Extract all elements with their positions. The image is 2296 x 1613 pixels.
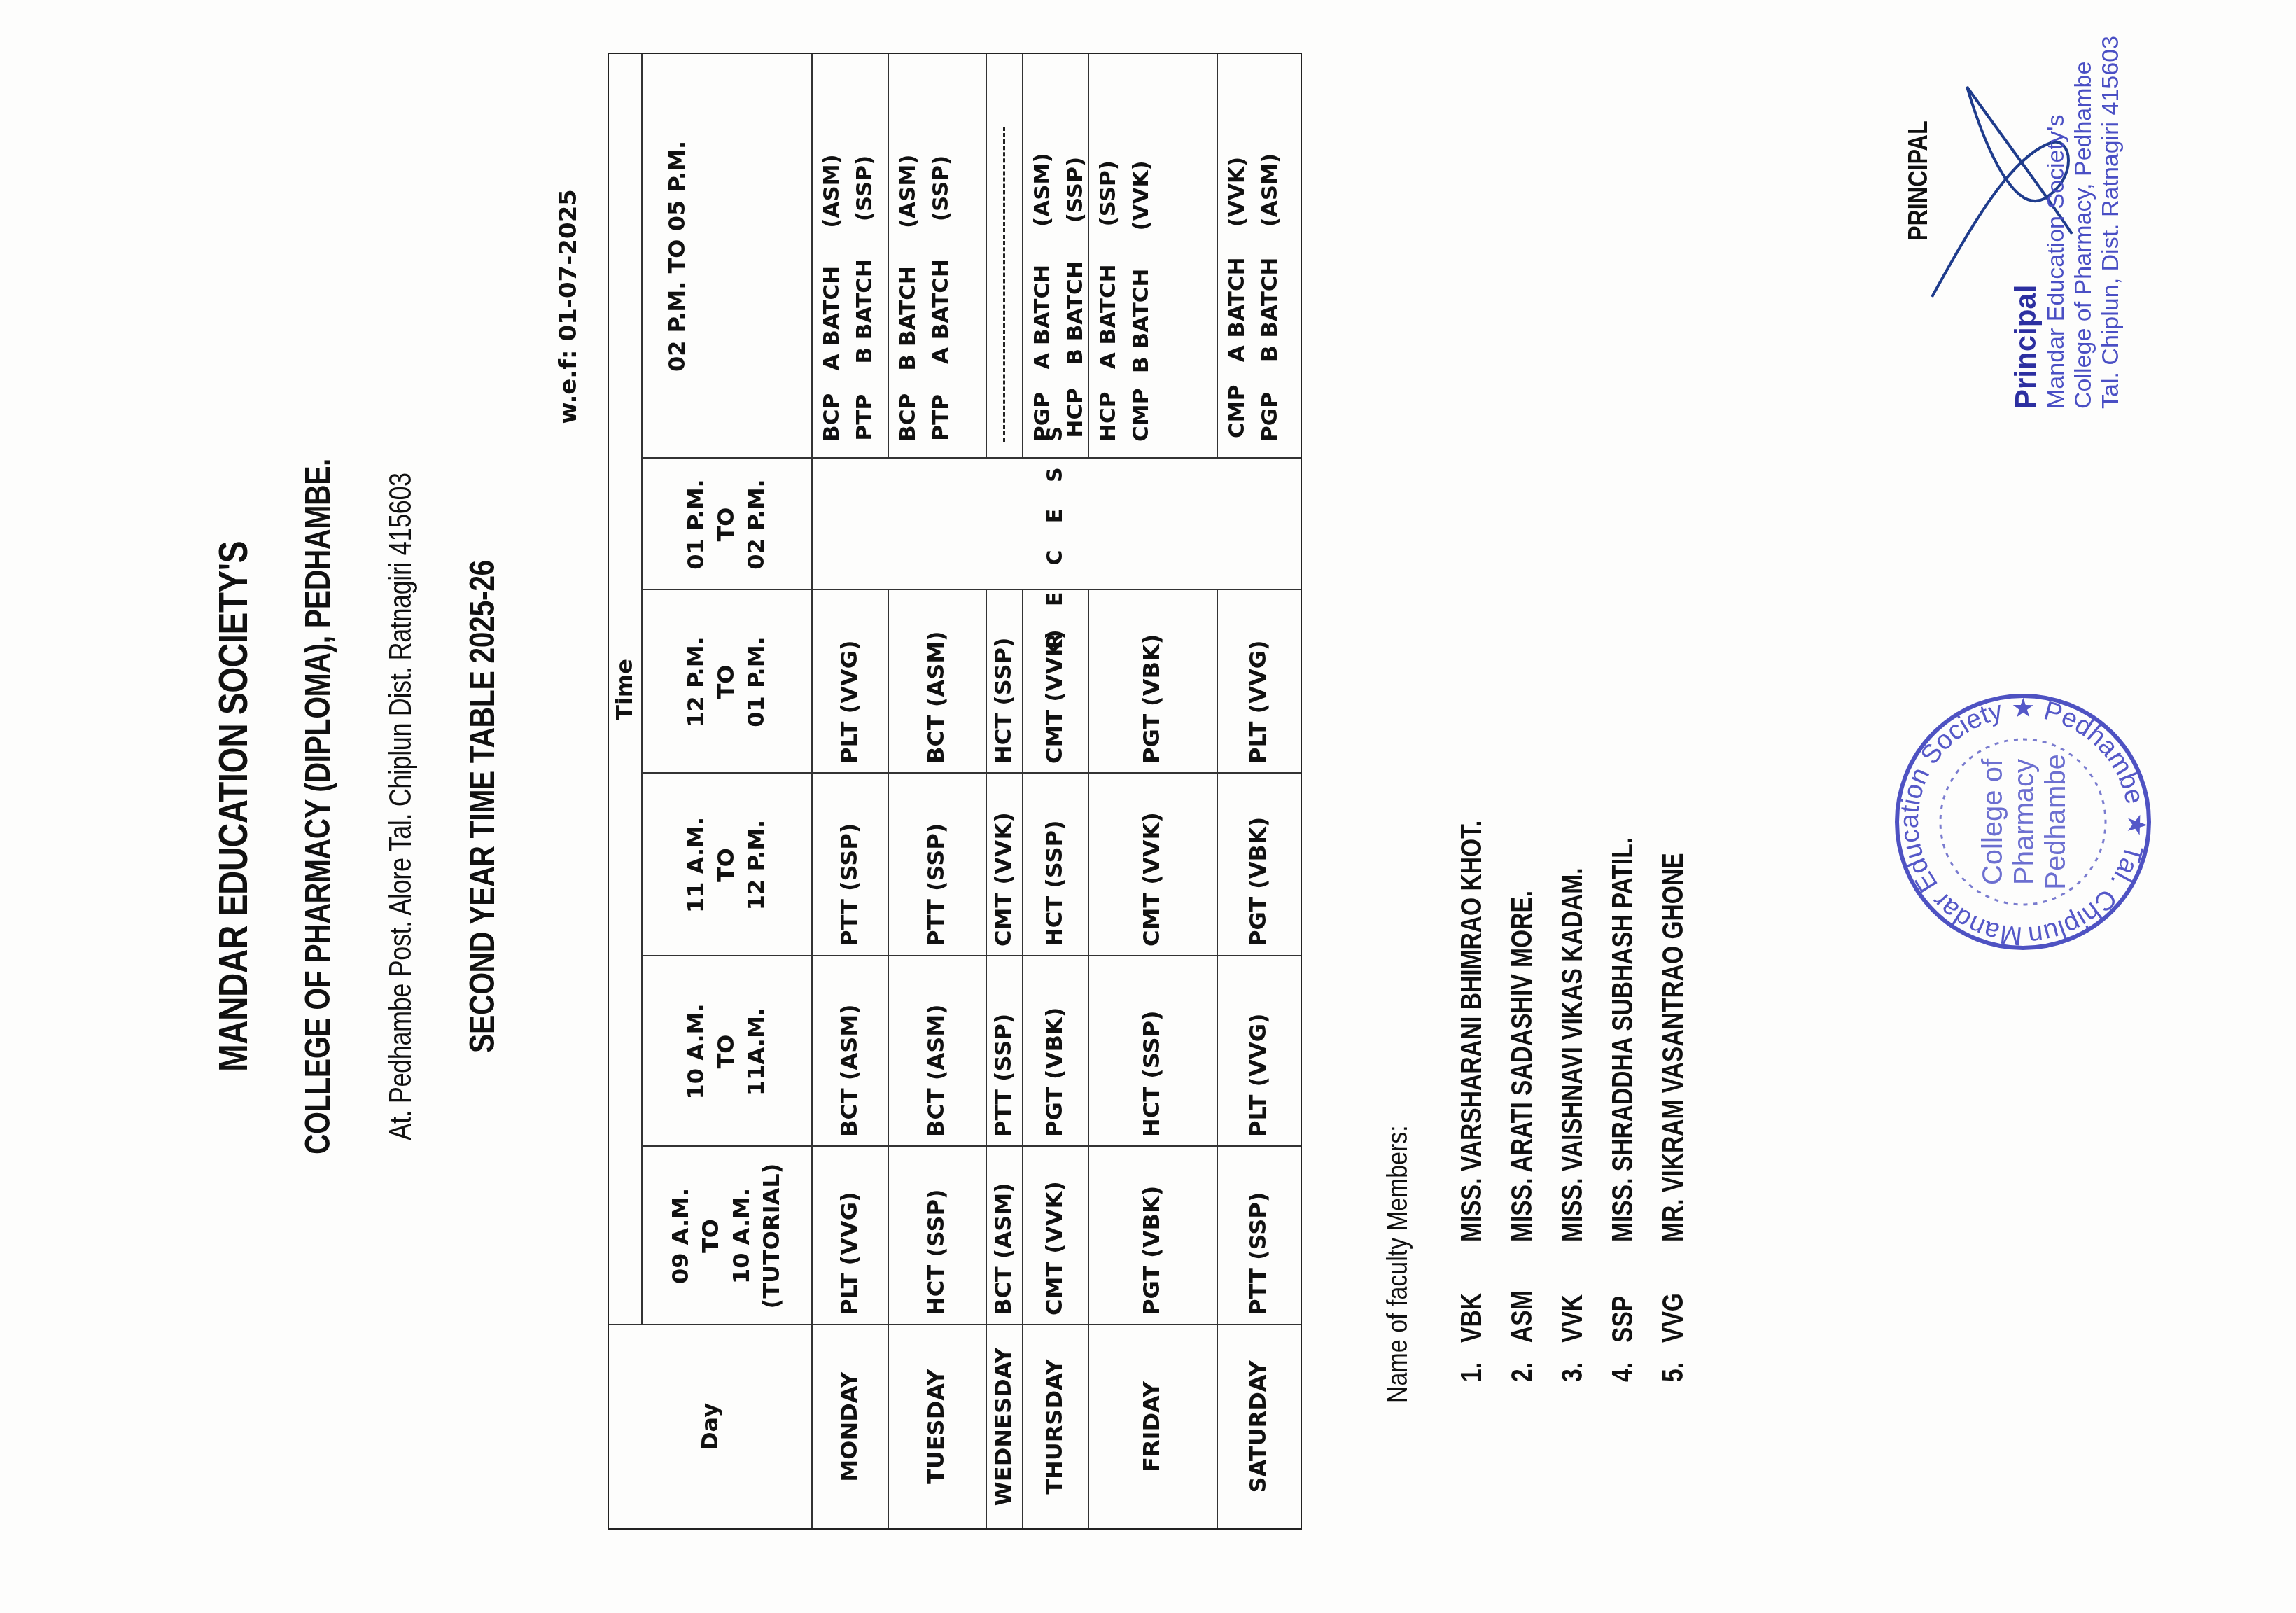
svg-text:College of: College of (1977, 758, 2008, 885)
practical-cell: PGP A BATCH (ASM) HCP B BATCH (SSP) (1022, 54, 1088, 459)
faculty-member: 5.VVGMR. VIKRAM VASANTRAO GHONE (1656, 853, 1690, 1382)
lecture-cell: PLT (VVG) (1217, 590, 1301, 774)
lecture-cell: CMT (VVK) (1022, 590, 1088, 774)
lecture-cell: PLT (VVG) (811, 1147, 888, 1325)
college-seal-icon: Mandar Education Society ★ Pedhambe ★ Ta… (1890, 689, 2156, 955)
faculty-name: MISS. SHRADDHA SUBHASH PATIL. (1606, 837, 1639, 1242)
time-slot-header: 01 P.M. TO 02 P.M. (641, 459, 811, 590)
time-column-header: Time (609, 54, 641, 1325)
time-slot-header: 09 A.M. TO 10 A.M. (TUTORIAL) (641, 1147, 811, 1325)
lecture-cell: CMT (VVK) (986, 774, 1022, 956)
society-name: MANDAR EDUCATION SOCIETY'S (210, 145, 257, 1467)
time-slot-header: 02 P.M. TO 05 P.M. (641, 54, 811, 459)
lecture-cell: BCT (ASM) (888, 956, 986, 1147)
lecture-cell: PTT (SSP) (811, 774, 888, 956)
lecture-cell: HCT (SSP) (986, 590, 1022, 774)
lecture-cell: PGT (VBK) (1088, 590, 1217, 774)
faculty-name: MISS. VAISHNAVI VIKAS KADAM. (1555, 867, 1588, 1242)
faculty-number: 3. (1555, 1343, 1589, 1382)
lecture-cell: PGT (VBK) (1022, 956, 1088, 1147)
lecture-cell: BCT (ASM) (986, 1147, 1022, 1325)
lecture-cell: BCT (ASM) (888, 590, 986, 774)
faculty-number: 4. (1606, 1343, 1639, 1382)
lecture-cell: PGT (VBK) (1217, 774, 1301, 956)
practical-cell: BCP A BATCH (ASM) PTP B BATCH (SSP) (811, 54, 888, 459)
lecture-cell: HCT (SSP) (888, 1147, 986, 1325)
practical-batches: PGP A BATCH (ASM) HCP B BATCH (SSP) (1026, 153, 1091, 442)
faculty-heading: Name of faculty Members: (1382, 1125, 1414, 1403)
time-slot-header: 10 A.M. TO 11A.M. (641, 956, 811, 1147)
lecture-cell: PTT (SSP) (888, 774, 986, 956)
lecture-cell: HCT (SSP) (1088, 956, 1217, 1147)
practical-batches: HCP A BATCH (SSP) CMP B BATCH (VVK) (1092, 160, 1157, 442)
day-cell: FRIDAY (1088, 1325, 1217, 1528)
faculty-number: 5. (1656, 1343, 1690, 1382)
timetable-document: MANDAR EDUCATION SOCIETY'S COLLEGE OF PH… (0, 0, 2296, 1613)
faculty-name: MR. VIKRAM VASANTRAO GHONE (1656, 853, 1689, 1242)
faculty-code: VVG (1656, 1242, 1690, 1343)
lecture-cell: CMT (VVK) (1022, 1147, 1088, 1325)
faculty-code: ASM (1505, 1242, 1539, 1343)
day-cell: THURSDAY (1022, 1325, 1088, 1528)
practical-batches: CMP A BATCH (VVK) PGP B BATCH (ASM) (1221, 153, 1286, 442)
college-name: COLLEGE OF PHARMACY (DIPLOMA), PEDHAMBE. (297, 145, 338, 1467)
principal-stamp: Principal Mandar Education Society's Col… (2009, 17, 2125, 409)
lecture-cell: PTT (SSP) (986, 956, 1022, 1147)
faculty-number: 2. (1505, 1343, 1539, 1382)
stamp-line-1: Mandar Education Society's (2043, 17, 2070, 409)
effective-date: w.e.f: 01-07-2025 (554, 189, 582, 424)
day-cell: WEDNESDAY (986, 1325, 1022, 1528)
stamp-title: Principal (2009, 17, 2043, 409)
no-practical-dash (1003, 127, 1005, 442)
lecture-cell: CMT (VVK) (1088, 774, 1217, 956)
practical-cell: CMP A BATCH (VVK) PGP B BATCH (ASM) (1217, 54, 1301, 459)
faculty-member: 1.VBKMISS. VARSHARANI BHIMRAO KHOT. (1455, 821, 1488, 1382)
stamp-line-2: College of Pharmacy, Pedhambe (2070, 17, 2097, 409)
day-cell: SATURDAY (1217, 1325, 1301, 1528)
timetable-title: SECOND YEAR TIME TABLE 2025-26 (462, 145, 503, 1467)
practical-cell: BCP B BATCH (ASM) PTP A BATCH (SSP) (888, 54, 986, 459)
lecture-cell: PGT (VBK) (1088, 1147, 1217, 1325)
practical-batches: BCP B BATCH (ASM) PTP A BATCH (SSP) (892, 155, 957, 442)
stamp-line-3: Tal. Chiplun, Dist. Ratnagiri 415603 (2097, 17, 2124, 409)
day-cell: MONDAY (811, 1325, 888, 1528)
lecture-cell: BCT (ASM) (811, 956, 888, 1147)
time-slot-header: 11 A.M. TO 12 P.M. (641, 774, 811, 956)
svg-text:Pharmacy: Pharmacy (2009, 759, 2040, 885)
college-address: At. Pedhambe Post. Alore Tal. Chiplun Di… (384, 145, 419, 1467)
faculty-member: 3.VVKMISS. VAISHNAVI VIKAS KADAM. (1555, 867, 1589, 1382)
svg-text:Pedhambe: Pedhambe (2040, 754, 2071, 889)
faculty-name: MISS. ARATI SADASHIV MORE. (1505, 891, 1538, 1242)
lecture-cell: PLT (VVG) (1217, 956, 1301, 1147)
practical-batches: BCP A BATCH (ASM) PTP B BATCH (SSP) (815, 154, 881, 442)
day-cell: TUESDAY (888, 1325, 986, 1528)
lecture-cell: PTT (SSP) (1217, 1147, 1301, 1325)
timetable-grid: DayTime09 A.M. TO 10 A.M. (TUTORIAL)10 A… (608, 53, 1302, 1530)
lecture-cell: HCT (SSP) (1022, 774, 1088, 956)
faculty-member: 2.ASMMISS. ARATI SADASHIV MORE. (1505, 891, 1539, 1382)
faculty-number: 1. (1455, 1343, 1488, 1382)
time-slot-header: 12 P.M. TO 01 P.M. (641, 590, 811, 774)
faculty-code: SSP (1606, 1242, 1639, 1343)
faculty-code: VVK (1555, 1242, 1589, 1343)
faculty-code: VBK (1455, 1242, 1488, 1343)
faculty-member: 4.SSPMISS. SHRADDHA SUBHASH PATIL. (1606, 837, 1639, 1382)
day-column-header: Day (609, 1325, 811, 1528)
faculty-name: MISS. VARSHARANI BHIMRAO KHOT. (1455, 821, 1487, 1242)
practical-cell: HCP A BATCH (SSP) CMP B BATCH (VVK) (1088, 54, 1217, 459)
practical-cell (986, 54, 1022, 459)
recess-label: RECESS (811, 459, 1301, 590)
lecture-cell: PLT (VVG) (811, 590, 888, 774)
